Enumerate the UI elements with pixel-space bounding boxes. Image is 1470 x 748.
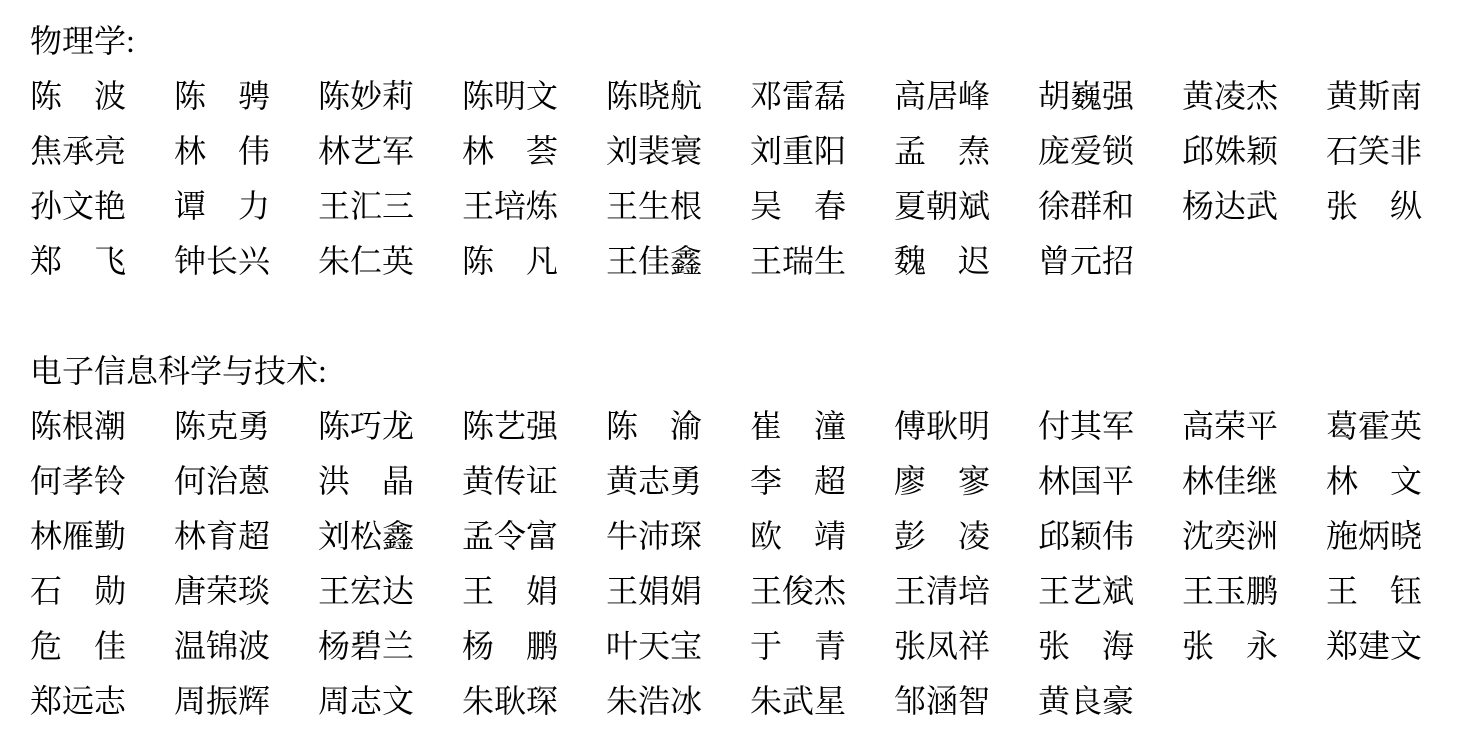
person-name: 张纵 bbox=[1326, 179, 1422, 234]
person-name: 孙文艳 bbox=[30, 179, 126, 234]
person-name: 于青 bbox=[750, 619, 846, 674]
person-name: 傅耿明 bbox=[894, 399, 990, 454]
person-name: 王宏达 bbox=[318, 564, 414, 619]
person-name: 高荣平 bbox=[1182, 399, 1278, 454]
name-row: 郑飞钟长兴朱仁英陈凡王佳鑫王瑞生魏迟曾元招 bbox=[30, 234, 1440, 289]
person-name: 林国平 bbox=[1038, 454, 1134, 509]
name-row: 焦承亮林伟林艺军林荟刘裴寰刘重阳孟焘庞爱锁邱姝颖石笑非 bbox=[30, 124, 1440, 179]
person-name: 郑远志 bbox=[30, 674, 126, 729]
name-row: 孙文艳谭力王汇三王培炼王生根吴春夏朝斌徐群和杨达武张纵 bbox=[30, 179, 1440, 234]
person-name: 谭力 bbox=[174, 179, 270, 234]
name-row: 危佳温锦波杨碧兰杨鹏叶天宝于青张凤祥张海张永郑建文 bbox=[30, 619, 1440, 674]
person-name: 林育超 bbox=[174, 509, 270, 564]
person-name: 黄传证 bbox=[462, 454, 558, 509]
person-name: 李超 bbox=[750, 454, 846, 509]
person-name: 杨鹏 bbox=[462, 619, 558, 674]
person-name: 周志文 bbox=[318, 674, 414, 729]
person-name: 葛霍英 bbox=[1326, 399, 1422, 454]
section-title: 电子信息科学与技术: bbox=[30, 344, 1440, 399]
person-name: 温锦波 bbox=[174, 619, 270, 674]
person-name: 施炳晓 bbox=[1326, 509, 1422, 564]
person-name: 王清培 bbox=[894, 564, 990, 619]
person-name: 朱浩冰 bbox=[606, 674, 702, 729]
person-name: 危佳 bbox=[30, 619, 126, 674]
section-physics: 物理学: 陈波陈骋陈妙莉陈明文陈晓航邓雷磊高居峰胡巍强黄凌杰黄斯南焦承亮林伟林艺… bbox=[30, 14, 1440, 289]
person-name: 郑飞 bbox=[30, 234, 126, 289]
person-name: 黄凌杰 bbox=[1182, 69, 1278, 124]
person-name: 焦承亮 bbox=[30, 124, 126, 179]
person-name: 杨碧兰 bbox=[318, 619, 414, 674]
person-name: 张永 bbox=[1182, 619, 1278, 674]
name-row: 陈波陈骋陈妙莉陈明文陈晓航邓雷磊高居峰胡巍强黄凌杰黄斯南 bbox=[30, 69, 1440, 124]
person-name: 王培炼 bbox=[462, 179, 558, 234]
person-name: 王钰 bbox=[1326, 564, 1422, 619]
person-name: 曾元招 bbox=[1038, 234, 1134, 289]
person-name: 朱仁英 bbox=[318, 234, 414, 289]
person-name: 邓雷磊 bbox=[750, 69, 846, 124]
name-grid: 陈根潮陈克勇陈巧龙陈艺强陈渝崔潼傅耿明付其军高荣平葛霍英何孝铃何治蒽洪晶黄传证黄… bbox=[30, 399, 1440, 729]
person-name: 朱耿琛 bbox=[462, 674, 558, 729]
person-name: 王娟娟 bbox=[606, 564, 702, 619]
person-name: 何孝铃 bbox=[30, 454, 126, 509]
person-name: 刘松鑫 bbox=[318, 509, 414, 564]
person-name: 王生根 bbox=[606, 179, 702, 234]
person-name: 朱武星 bbox=[750, 674, 846, 729]
person-name: 洪晶 bbox=[318, 454, 414, 509]
person-name: 何治蒽 bbox=[174, 454, 270, 509]
person-name: 刘裴寰 bbox=[606, 124, 702, 179]
person-name: 王佳鑫 bbox=[606, 234, 702, 289]
person-name: 陈骋 bbox=[174, 69, 270, 124]
person-name: 徐群和 bbox=[1038, 179, 1134, 234]
person-name: 郑建文 bbox=[1326, 619, 1422, 674]
person-name: 林荟 bbox=[462, 124, 558, 179]
person-name: 沈奕洲 bbox=[1182, 509, 1278, 564]
person-name: 邱颖伟 bbox=[1038, 509, 1134, 564]
person-name: 钟长兴 bbox=[174, 234, 270, 289]
name-row: 林雁勤林育超刘松鑫孟令富牛沛琛欧靖彭凌邱颖伟沈奕洲施炳晓 bbox=[30, 509, 1440, 564]
person-name: 张海 bbox=[1038, 619, 1134, 674]
person-name: 石笑非 bbox=[1326, 124, 1422, 179]
person-name: 陈晓航 bbox=[606, 69, 702, 124]
person-name: 牛沛琛 bbox=[606, 509, 702, 564]
person-name: 吴春 bbox=[750, 179, 846, 234]
person-name: 陈艺强 bbox=[462, 399, 558, 454]
person-name: 孟令富 bbox=[462, 509, 558, 564]
person-name: 张凤祥 bbox=[894, 619, 990, 674]
person-name: 陈明文 bbox=[462, 69, 558, 124]
person-name: 杨达武 bbox=[1182, 179, 1278, 234]
person-name: 孟焘 bbox=[894, 124, 990, 179]
person-name: 叶天宝 bbox=[606, 619, 702, 674]
name-row: 何孝铃何治蒽洪晶黄传证黄志勇李超廖寥林国平林佳继林文 bbox=[30, 454, 1440, 509]
person-name: 陈波 bbox=[30, 69, 126, 124]
person-name: 邱姝颖 bbox=[1182, 124, 1278, 179]
person-name: 周振辉 bbox=[174, 674, 270, 729]
name-row: 石勋唐荣琰王宏达王娟王娟娟王俊杰王清培王艺斌王玉鹏王钰 bbox=[30, 564, 1440, 619]
person-name: 陈克勇 bbox=[174, 399, 270, 454]
person-name: 庞爱锁 bbox=[1038, 124, 1134, 179]
person-name: 陈凡 bbox=[462, 234, 558, 289]
person-name: 陈巧龙 bbox=[318, 399, 414, 454]
person-name: 林文 bbox=[1326, 454, 1422, 509]
person-name: 林艺军 bbox=[318, 124, 414, 179]
person-name: 邹涵智 bbox=[894, 674, 990, 729]
person-name: 陈渝 bbox=[606, 399, 702, 454]
name-grid: 陈波陈骋陈妙莉陈明文陈晓航邓雷磊高居峰胡巍强黄凌杰黄斯南焦承亮林伟林艺军林荟刘裴… bbox=[30, 69, 1440, 289]
person-name: 石勋 bbox=[30, 564, 126, 619]
person-name: 黄斯南 bbox=[1326, 69, 1422, 124]
document: 物理学: 陈波陈骋陈妙莉陈明文陈晓航邓雷磊高居峰胡巍强黄凌杰黄斯南焦承亮林伟林艺… bbox=[0, 0, 1470, 748]
person-name: 王俊杰 bbox=[750, 564, 846, 619]
person-name: 王娟 bbox=[462, 564, 558, 619]
person-name: 王汇三 bbox=[318, 179, 414, 234]
name-row: 郑远志周振辉周志文朱耿琛朱浩冰朱武星邹涵智黄良豪 bbox=[30, 674, 1440, 729]
person-name: 陈妙莉 bbox=[318, 69, 414, 124]
person-name: 陈根潮 bbox=[30, 399, 126, 454]
person-name: 唐荣琰 bbox=[174, 564, 270, 619]
person-name: 欧靖 bbox=[750, 509, 846, 564]
person-name: 王玉鹏 bbox=[1182, 564, 1278, 619]
person-name: 高居峰 bbox=[894, 69, 990, 124]
person-name: 魏迟 bbox=[894, 234, 990, 289]
person-name: 林雁勤 bbox=[30, 509, 126, 564]
section-title: 物理学: bbox=[30, 14, 1440, 69]
person-name: 王瑞生 bbox=[750, 234, 846, 289]
person-name: 林伟 bbox=[174, 124, 270, 179]
person-name: 彭凌 bbox=[894, 509, 990, 564]
person-name: 王艺斌 bbox=[1038, 564, 1134, 619]
section-electronic-info: 电子信息科学与技术: 陈根潮陈克勇陈巧龙陈艺强陈渝崔潼傅耿明付其军高荣平葛霍英何… bbox=[30, 344, 1440, 729]
person-name: 夏朝斌 bbox=[894, 179, 990, 234]
person-name: 崔潼 bbox=[750, 399, 846, 454]
person-name: 廖寥 bbox=[894, 454, 990, 509]
name-row: 陈根潮陈克勇陈巧龙陈艺强陈渝崔潼傅耿明付其军高荣平葛霍英 bbox=[30, 399, 1440, 454]
person-name: 付其军 bbox=[1038, 399, 1134, 454]
person-name: 黄志勇 bbox=[606, 454, 702, 509]
person-name: 黄良豪 bbox=[1038, 674, 1134, 729]
person-name: 林佳继 bbox=[1182, 454, 1278, 509]
person-name: 胡巍强 bbox=[1038, 69, 1134, 124]
person-name: 刘重阳 bbox=[750, 124, 846, 179]
